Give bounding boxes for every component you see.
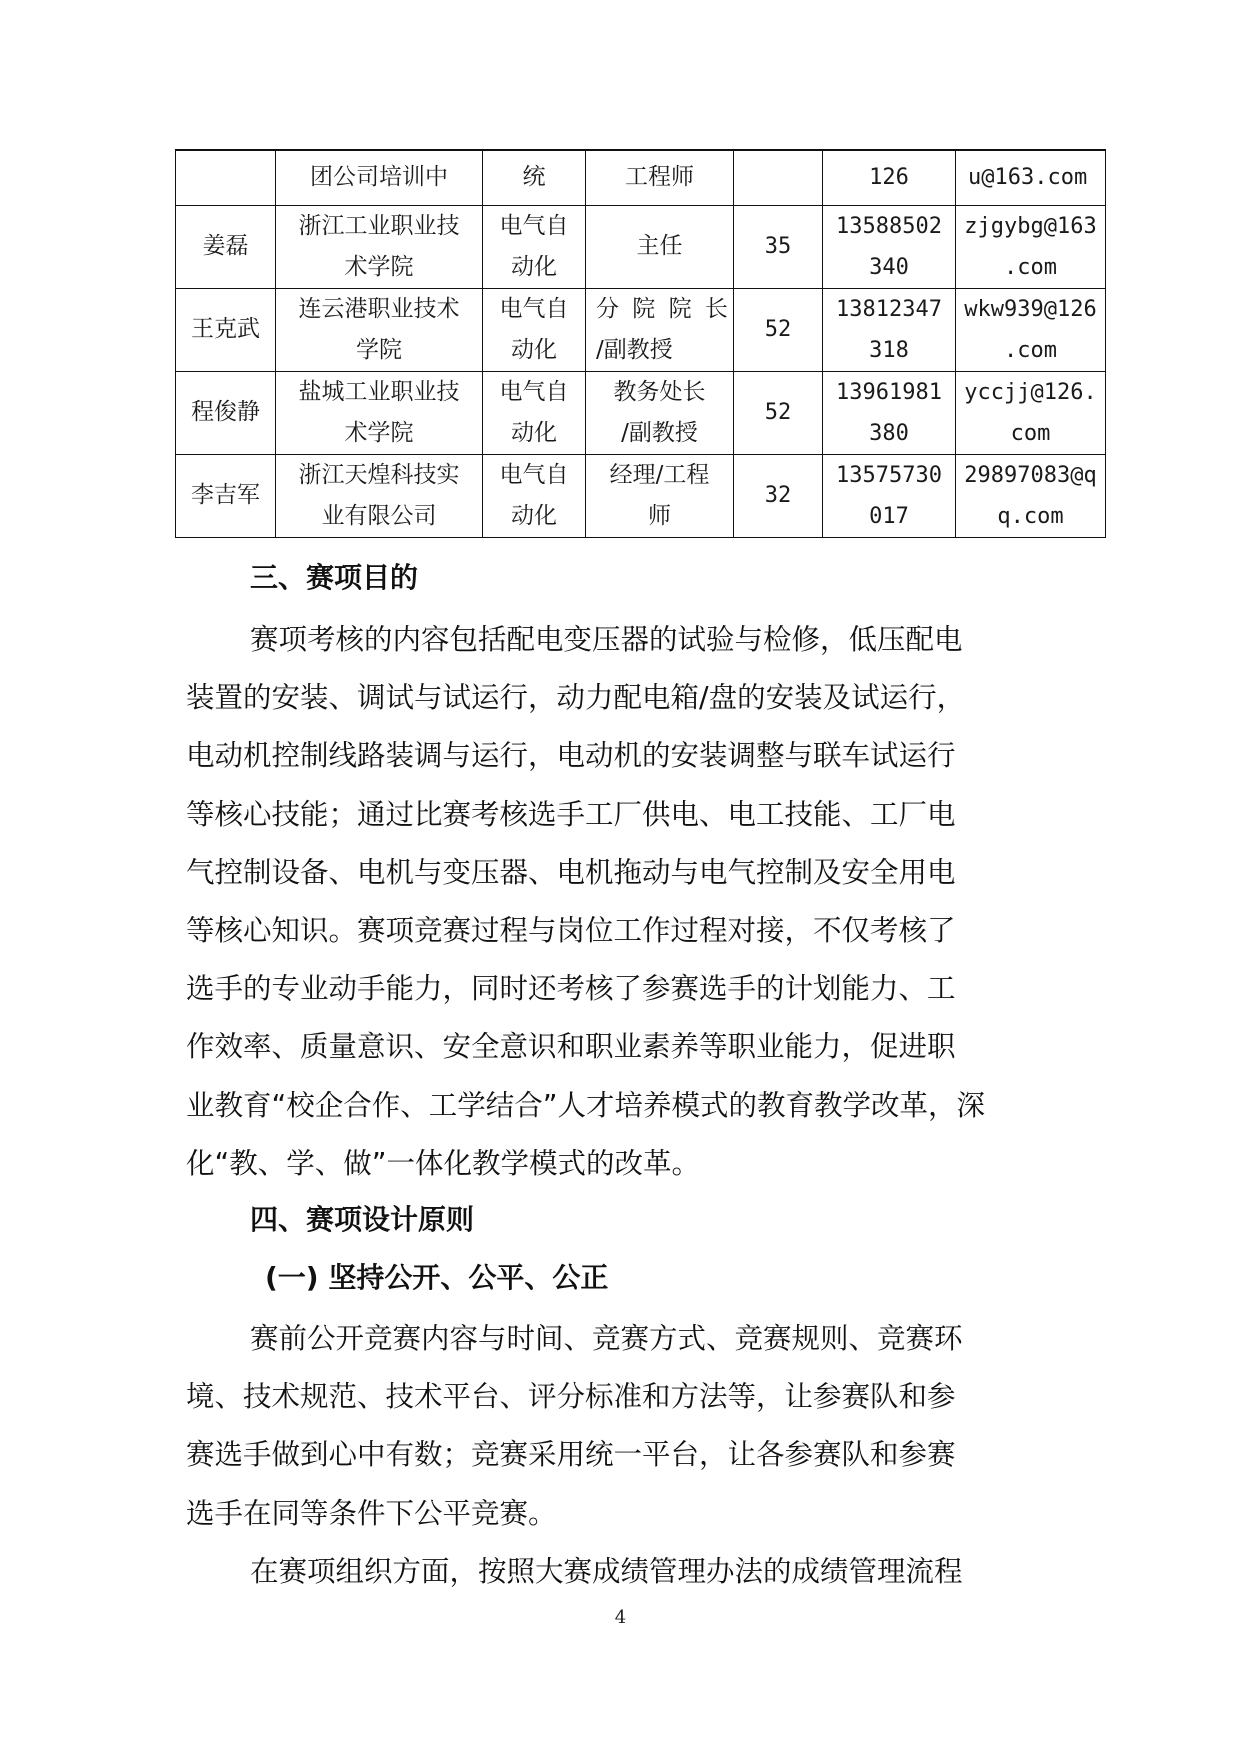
name-cell: 姜磊 (176, 205, 276, 288)
title-cell: 工程师 (586, 150, 734, 205)
table-row: 程俊静 盐城工业职业技术学院 电气自动化 教务处长/副教授 52 1396198… (176, 371, 1106, 454)
age-cell: 52 (734, 288, 823, 371)
title-cell: 经理/工程师 (586, 454, 734, 537)
org-cell: 团公司培训中 (276, 150, 483, 205)
name-cell: 王克武 (176, 288, 276, 371)
name-cell (176, 150, 276, 205)
subsection1-paragraph-2: 在赛项组织方面，按照大赛成绩管理办法的成绩管理流程 (186, 1543, 1066, 1601)
document-page: 团公司培训中 统 工程师 126 u@163.com 姜磊 浙江工业职业技术学院… (0, 0, 1241, 1754)
org-cell: 盐城工业职业技术学院 (276, 371, 483, 454)
phone-cell: 13961981380 (823, 371, 956, 454)
section3-paragraph: 赛项考核的内容包括配电变压器的试验与检修，低压配电 装置的安装、调试与试运行，动… (186, 611, 1066, 1193)
org-cell: 连云港职业技术学院 (276, 288, 483, 371)
phone-cell: 126 (823, 150, 956, 205)
major-cell: 统 (483, 150, 586, 205)
age-cell: 52 (734, 371, 823, 454)
age-cell (734, 150, 823, 205)
org-cell: 浙江工业职业技术学院 (276, 205, 483, 288)
email-cell: yccjj@126.com (956, 371, 1106, 454)
age-cell: 32 (734, 454, 823, 537)
major-cell: 电气自动化 (483, 205, 586, 288)
page-number: 4 (0, 1607, 1241, 1628)
phone-cell: 13588502340 (823, 205, 956, 288)
name-cell: 李吉军 (176, 454, 276, 537)
table-row: 李吉军 浙江天煌科技实业有限公司 电气自动化 经理/工程师 32 1357573… (176, 454, 1106, 537)
name-cell: 程俊静 (176, 371, 276, 454)
title-cell: 分 院 院 长/副教授 (586, 288, 734, 371)
major-cell: 电气自动化 (483, 371, 586, 454)
table-row: 王克武 连云港职业技术学院 电气自动化 分 院 院 长/副教授 52 13812… (176, 288, 1106, 371)
email-cell: u@163.com (956, 150, 1106, 205)
phone-cell: 13812347318 (823, 288, 956, 371)
table-row: 姜磊 浙江工业职业技术学院 电气自动化 主任 35 13588502340 zj… (176, 205, 1106, 288)
major-cell: 电气自动化 (483, 288, 586, 371)
title-cell: 主任 (586, 205, 734, 288)
section-heading-4: 四、赛项设计原则 (250, 1200, 474, 1240)
table-row: 团公司培训中 统 工程师 126 u@163.com (176, 150, 1106, 205)
section-heading-3: 三、赛项目的 (250, 558, 418, 598)
subsection-heading-1: (一) 坚持公开、公平、公正 (265, 1258, 608, 1298)
phone-cell: 13575730017 (823, 454, 956, 537)
email-cell: 29897083@qq.com (956, 454, 1106, 537)
subsection1-paragraph-1: 赛前公开竞赛内容与时间、竞赛方式、竞赛规则、竞赛环 境、技术规范、技术平台、评分… (186, 1310, 1066, 1543)
age-cell: 35 (734, 205, 823, 288)
expert-info-table: 团公司培训中 统 工程师 126 u@163.com 姜磊 浙江工业职业技术学院… (175, 149, 1106, 538)
email-cell: wkw939@126.com (956, 288, 1106, 371)
title-cell: 教务处长/副教授 (586, 371, 734, 454)
major-cell: 电气自动化 (483, 454, 586, 537)
org-cell: 浙江天煌科技实业有限公司 (276, 454, 483, 537)
email-cell: zjgybg@163.com (956, 205, 1106, 288)
